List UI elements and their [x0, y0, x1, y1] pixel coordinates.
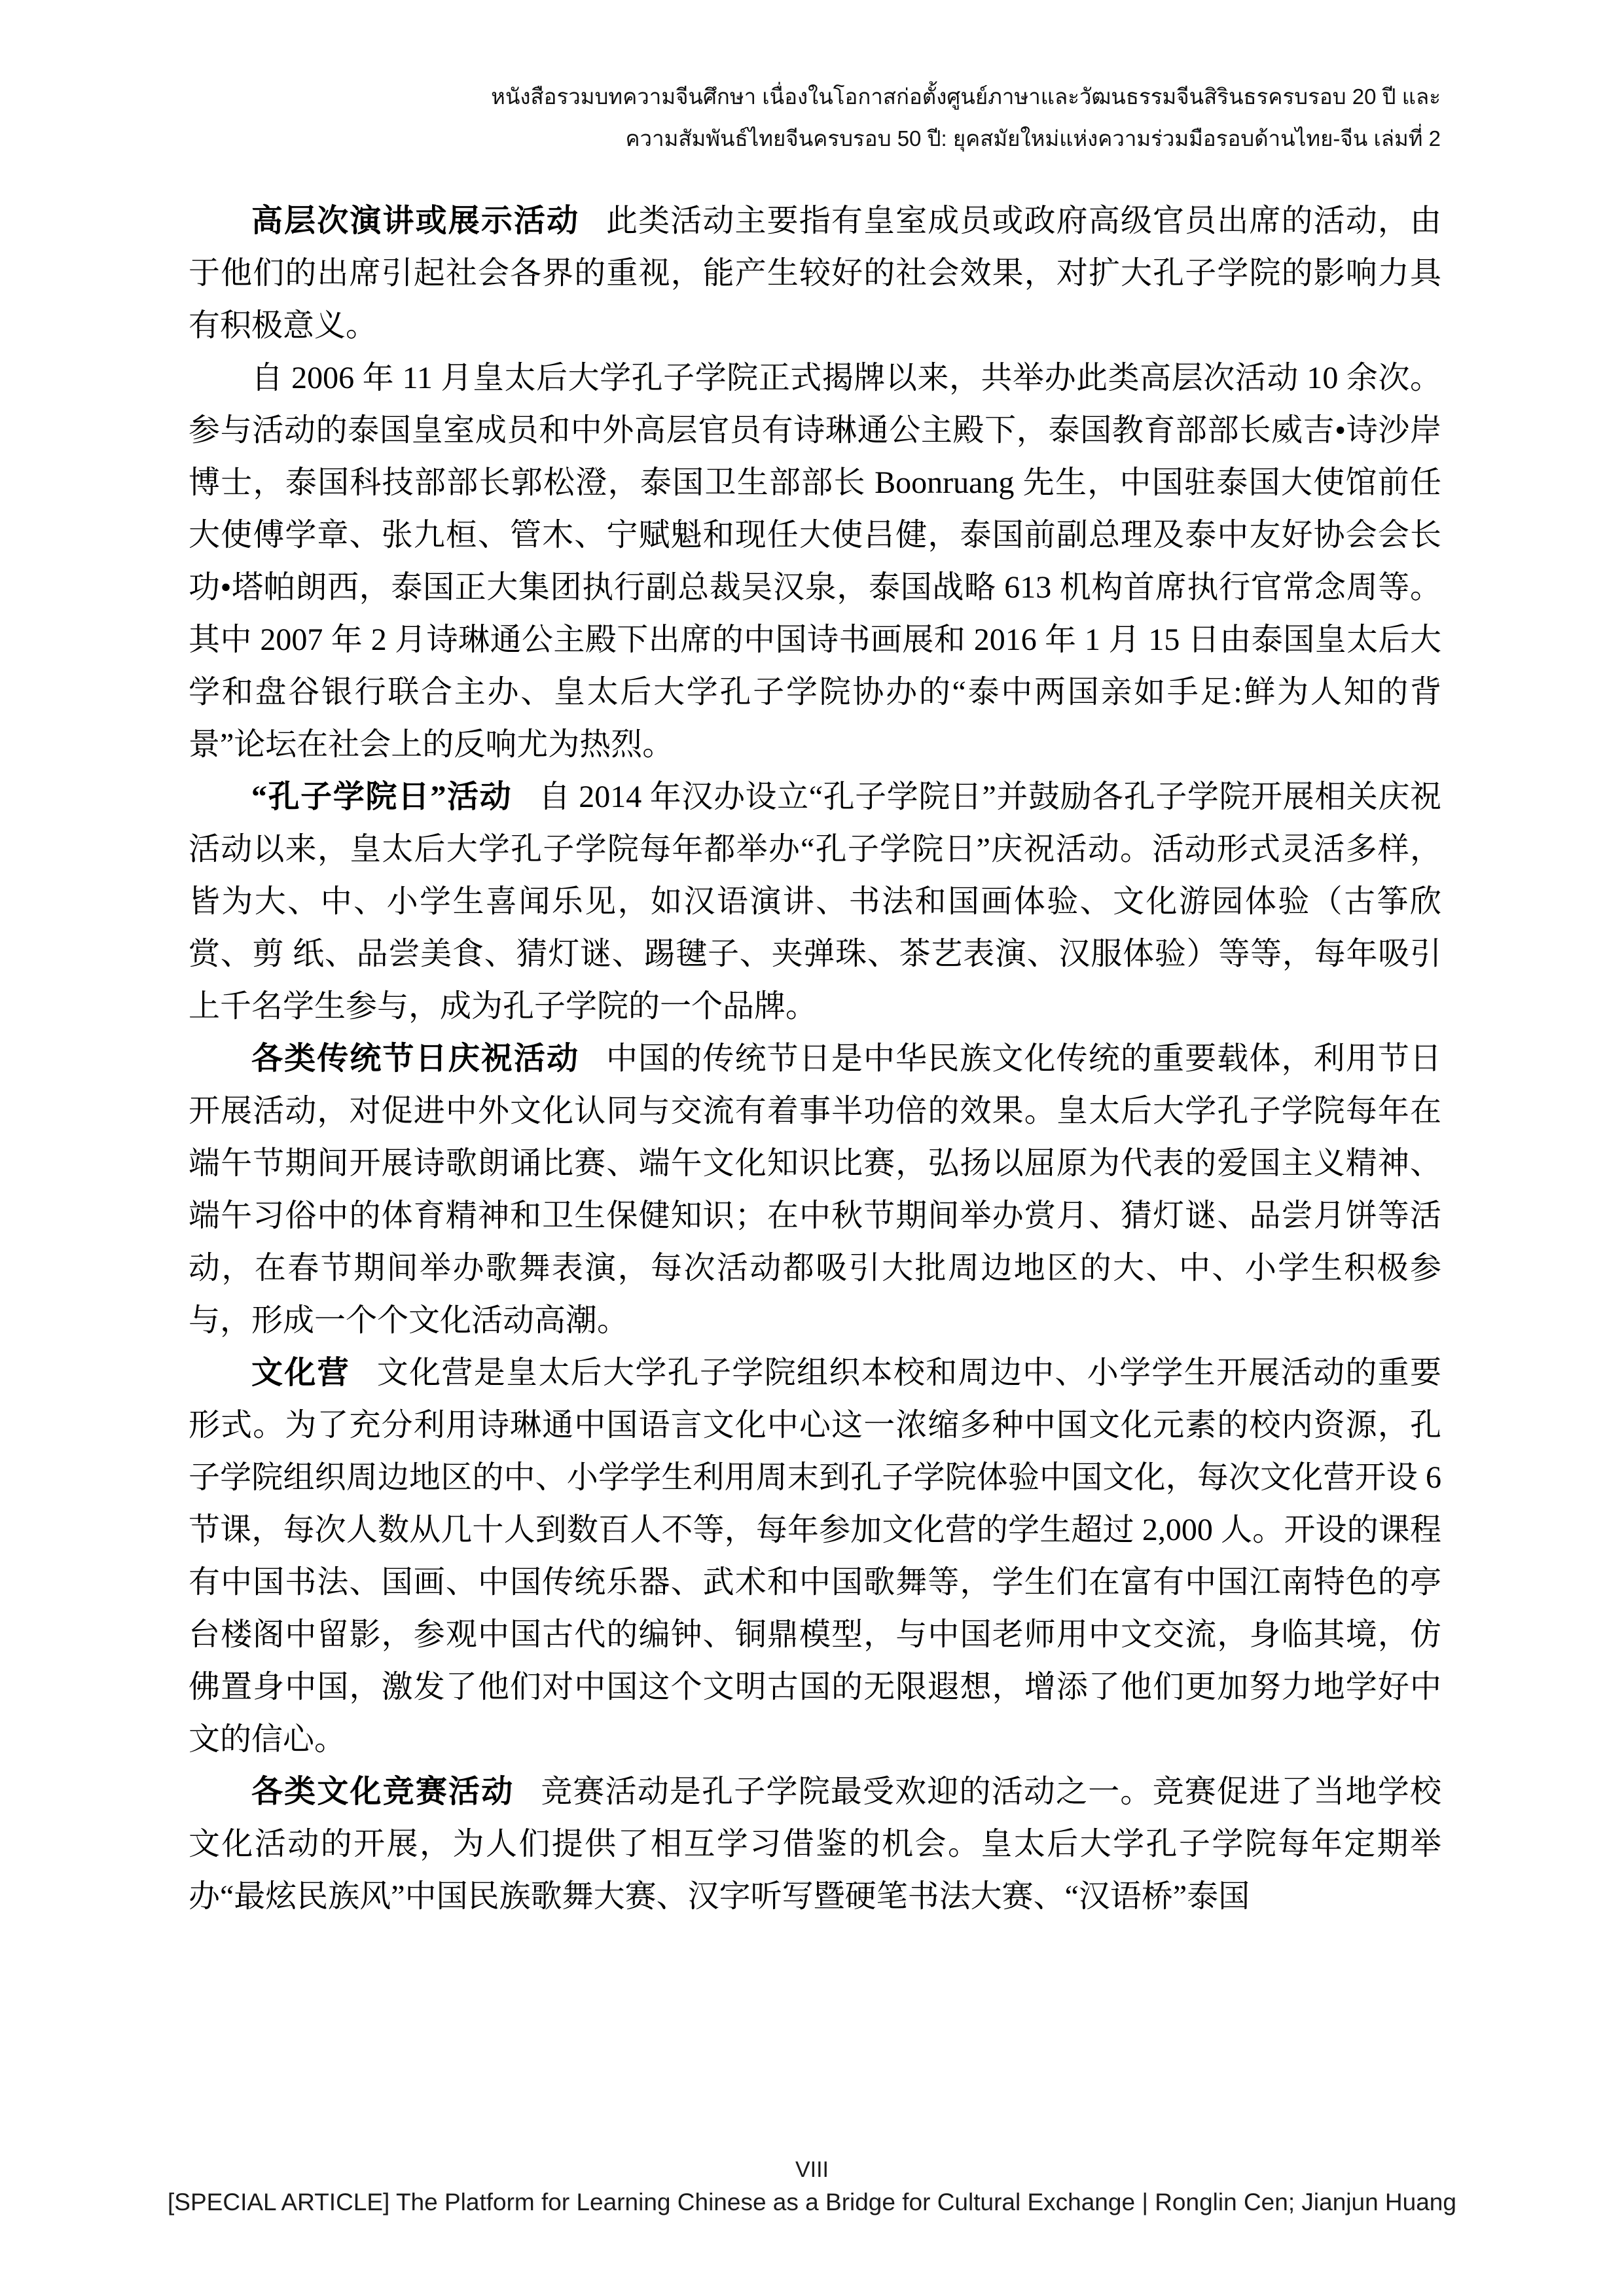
- paragraph-text: 文化营是皇太后大学孔子学院组织本校和周边中、小学学生开展活动的重要形式。为了充分…: [189, 1355, 1441, 1757]
- paragraph: 各类传统节日庆祝活动中国的传统节日是中华民族文化传统的重要载体，利用节日开展活动…: [189, 1033, 1441, 1347]
- paragraph-text: 中国的传统节日是中华民族文化传统的重要载体，利用节日开展活动，对促进中外文化认同…: [189, 1041, 1441, 1338]
- page-number: VIII: [0, 2155, 1624, 2185]
- header-line-1: หนังสือรวมบทความจีนศึกษา เนื่องในโอกาสก่…: [189, 76, 1441, 118]
- paragraph-text: 自 2006 年 11 月皇太后大学孔子学院正式揭牌以来，共举办此类高层次活动 …: [189, 361, 1441, 762]
- page-footer: VIII [SPECIAL ARTICLE] The Platform for …: [0, 2155, 1624, 2220]
- paragraph-lead: 各类传统节日庆祝活动: [251, 1041, 579, 1076]
- header-line-2: ความสัมพันธ์ไทยจีนครบรอบ 50 ปี: ยุคสมัยใ…: [189, 118, 1441, 160]
- paragraph-lead: 各类文化竞赛活动: [251, 1774, 514, 1809]
- paragraph-lead: “孔子学院日”活动: [251, 780, 512, 814]
- document-page: หนังสือรวมบทความจีนศึกษา เนื่องในโอกาสก่…: [0, 0, 1624, 2296]
- paragraph: 各类文化竞赛活动竞赛活动是孔子学院最受欢迎的活动之一。竞赛促进了当地学校文化活动…: [189, 1766, 1441, 1923]
- paragraph: 文化营文化营是皇太后大学孔子学院组织本校和周边中、小学学生开展活动的重要形式。为…: [189, 1347, 1441, 1766]
- paragraph: “孔子学院日”活动自 2014 年汉办设立“孔子学院日”并鼓励各孔子学院开展相关…: [189, 771, 1441, 1033]
- paragraph: 自 2006 年 11 月皇太后大学孔子学院正式揭牌以来，共举办此类高层次活动 …: [189, 352, 1441, 771]
- paragraph-lead: 文化营: [251, 1355, 350, 1390]
- running-header: หนังสือรวมบทความจีนศึกษา เนื่องในโอกาสก่…: [0, 0, 1624, 160]
- paragraph: 高层次演讲或展示活动此类活动主要指有皇室成员或政府高级官员出席的活动，由于他们的…: [189, 195, 1441, 352]
- paragraph-lead: 高层次演讲或展示活动: [251, 204, 579, 238]
- footer-citation: [SPECIAL ARTICLE] The Platform for Learn…: [0, 2185, 1624, 2220]
- body-text: 高层次演讲或展示活动此类活动主要指有皇室成员或政府高级官员出席的活动，由于他们的…: [0, 160, 1624, 1923]
- paragraph-text: 自 2014 年汉办设立“孔子学院日”并鼓励各孔子学院开展相关庆祝活动以来，皇太…: [189, 780, 1441, 1024]
